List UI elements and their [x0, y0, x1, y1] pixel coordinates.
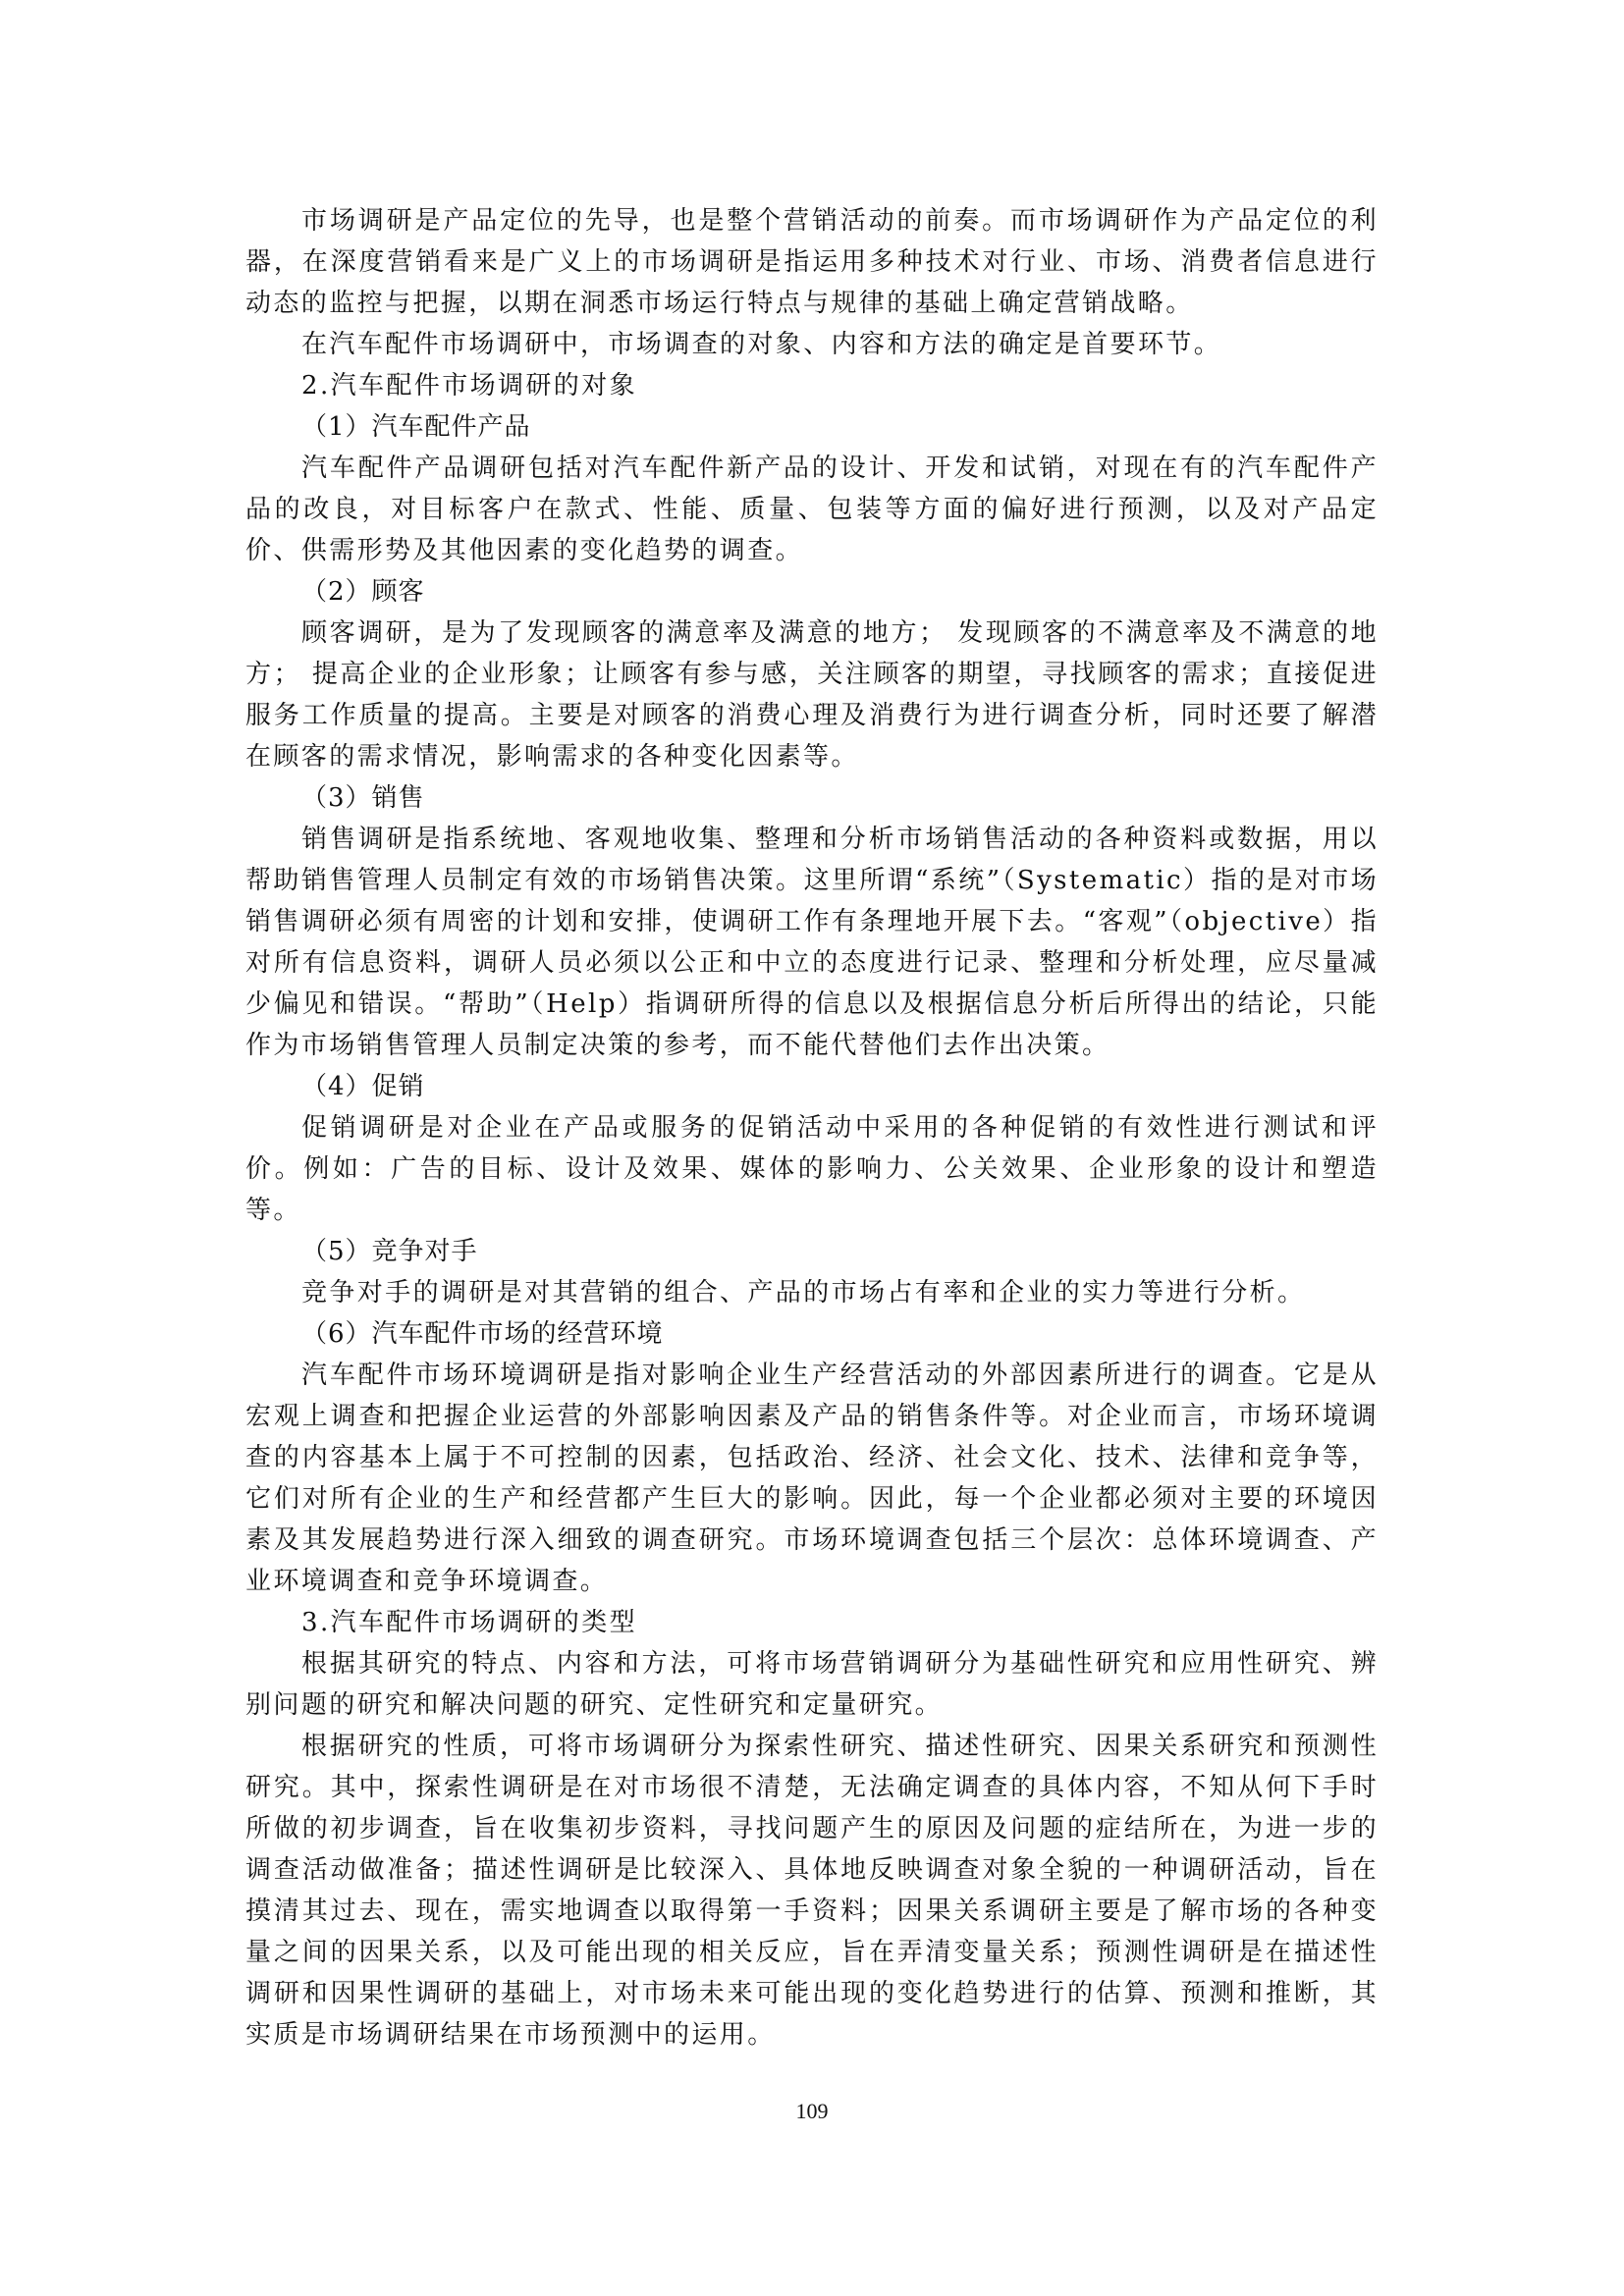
subheading-sales: （3）销售 [245, 777, 1379, 819]
subheading-environment: （6）汽车配件市场的经营环境 [245, 1313, 1379, 1355]
paragraph-intro: 市场调研是产品定位的先导，也是整个营销活动的前奏。而市场调研作为产品定位的利器，… [245, 200, 1379, 324]
paragraph-customers: 顾客调研，是为了发现顾客的满意率及满意的地方； 发现顾客的不满意率及不满意的地方… [245, 613, 1379, 777]
subheading-promotion: （4）促销 [245, 1066, 1379, 1107]
paragraph-types-method: 根据其研究的特点、内容和方法，可将市场营销调研分为基础性研究和应用性研究、辨别问… [245, 1643, 1379, 1726]
section-heading-objects: 2.汽车配件市场调研的对象 [245, 365, 1379, 406]
paragraph-types-nature: 根据研究的性质，可将市场调研分为探索性研究、描述性研究、因果关系研究和预测性研究… [245, 1726, 1379, 2056]
document-body: 市场调研是产品定位的先导，也是整个营销活动的前奏。而市场调研作为产品定位的利器，… [245, 200, 1379, 2056]
paragraph-environment: 汽车配件市场环境调研是指对影响企业生产经营活动的外部因素所进行的调查。它是从宏观… [245, 1355, 1379, 1602]
subheading-competitors: （5）竞争对手 [245, 1231, 1379, 1272]
paragraph-products: 汽车配件产品调研包括对汽车配件新产品的设计、开发和试销，对现在有的汽车配件产品的… [245, 448, 1379, 571]
section-heading-types: 3.汽车配件市场调研的类型 [245, 1602, 1379, 1643]
paragraph-competitors: 竞争对手的调研是对其营销的组合、产品的市场占有率和企业的实力等进行分析。 [245, 1272, 1379, 1313]
subheading-customers: （2）顾客 [245, 571, 1379, 613]
subheading-products: （1）汽车配件产品 [245, 406, 1379, 448]
page-number: 109 [0, 2099, 1624, 2124]
paragraph-sales: 销售调研是指系统地、客观地收集、整理和分析市场销售活动的各种资料或数据，用以帮助… [245, 819, 1379, 1066]
paragraph-first-step: 在汽车配件市场调研中，市场调查的对象、内容和方法的确定是首要环节。 [245, 324, 1379, 365]
paragraph-promotion: 促销调研是对企业在产品或服务的促销活动中采用的各种促销的有效性进行测试和评价。例… [245, 1107, 1379, 1231]
